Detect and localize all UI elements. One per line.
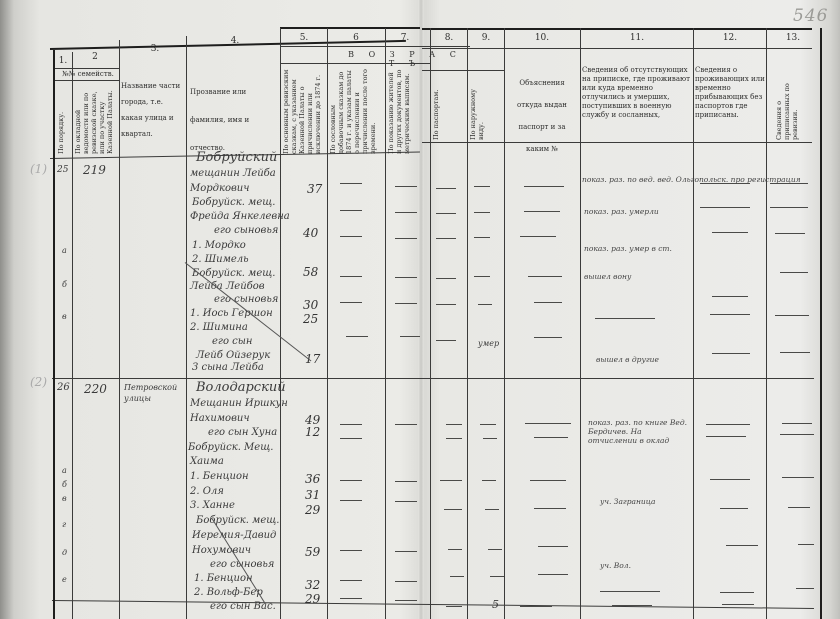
blank-dash: [340, 500, 362, 501]
header-subline: [422, 70, 504, 71]
blank-dash: [700, 207, 750, 208]
age-value: 29: [305, 503, 320, 517]
entry-name-line: 2. Вольф-Бер: [194, 587, 263, 598]
blank-dash: [712, 232, 748, 233]
blank-dash: [524, 211, 560, 212]
blank-dash: [780, 272, 808, 273]
blank-dash: [340, 438, 362, 439]
blank-dash: [436, 278, 456, 279]
entry-name-line: 1. Мордко: [192, 240, 246, 251]
group-label-families: №№ семейств.: [58, 70, 118, 79]
blank-dash: [395, 186, 417, 187]
entry-name-line: мещанин Лейба: [190, 168, 276, 179]
column-number: 2: [80, 52, 110, 62]
entry-name-line: Фрейда Янкелевна: [190, 211, 290, 222]
blank-dash: [340, 424, 362, 425]
blank-dash: [726, 545, 758, 546]
blank-dash: [395, 238, 417, 239]
blank-dash: [710, 314, 750, 315]
entry-name-line: 2. Шимина: [190, 322, 248, 333]
blank-dash: [534, 337, 562, 338]
entry-name-line: 3 сына Лейба: [192, 362, 264, 373]
blank-dash: [446, 606, 462, 607]
absent-note: показ. раз. умерли: [584, 207, 659, 216]
header-age-supplementary: По сословным добавочным сказкам до 1874 …: [329, 66, 383, 154]
entry-order: 26: [57, 382, 70, 393]
age-value: 37: [307, 182, 322, 196]
sub-label: б: [62, 480, 67, 489]
entry-name-line: Лейб Ойзерук: [196, 350, 270, 361]
entry-name-line: Бобруйск. Мещ.: [188, 442, 273, 453]
entry-name-line: его сыновья: [214, 225, 278, 236]
column-number: 1.: [55, 56, 71, 66]
col-line: [280, 28, 281, 619]
blank-dash: [612, 605, 652, 606]
col-line: [53, 50, 55, 619]
blank-dash: [720, 592, 754, 593]
header-bottom-border-right: [422, 142, 812, 143]
column-number: 7.: [393, 33, 417, 43]
blank-dash: [448, 549, 462, 550]
age-value: 25: [303, 312, 318, 326]
margin-mark: (2): [30, 375, 47, 389]
sub-label: в: [62, 494, 67, 503]
blank-dash: [395, 501, 417, 502]
sub-label: в: [62, 312, 67, 321]
blank-dash: [798, 544, 814, 545]
footer-mark: 5: [492, 598, 499, 611]
entry-order: 25: [57, 165, 68, 175]
absent-note: уч. Заграница: [600, 497, 655, 506]
col-line: [327, 28, 328, 619]
age-value: 59: [305, 545, 320, 559]
entry-name-line: 2. Оля: [190, 486, 224, 497]
census-register-page: 546 1. 2 3. 4. 5. 6 7. 8. 9. 10. 11. 12.…: [0, 0, 840, 619]
blank-dash: [712, 353, 750, 354]
col-line: [766, 28, 767, 619]
entry-name-line: его сын: [212, 336, 253, 347]
blank-dash: [595, 318, 655, 319]
blank-dash: [474, 212, 490, 213]
blank-dash: [474, 237, 490, 238]
col-line: [186, 36, 187, 619]
blank-dash: [710, 479, 750, 480]
age-value: 32: [305, 578, 320, 592]
header-subline: [55, 68, 119, 69]
header-order: По порядку.: [57, 84, 69, 154]
col-line: [119, 40, 120, 619]
column-number: 4.: [210, 36, 260, 46]
header-registered: Сведения о приписанных по ревизии.: [775, 58, 805, 140]
header-passport-origin: Объяснения откуда выдан паспорт и за как…: [506, 72, 578, 160]
blank-dash: [400, 336, 420, 337]
sub-label: г: [62, 520, 66, 529]
blank-dash: [474, 276, 490, 277]
blank-dash: [706, 424, 750, 425]
blank-dash: [528, 276, 562, 277]
col-line: [467, 28, 468, 619]
blank-dash: [780, 434, 814, 435]
blank-dash: [446, 424, 462, 425]
blank-dash: [600, 591, 660, 592]
blank-dash: [483, 438, 497, 439]
blank-dash: [395, 303, 417, 304]
blank-dash: [534, 302, 562, 303]
header-without-passport: Сведения о проживающих или временно приб…: [695, 66, 765, 120]
header-street: Название части города, т.е. какая улица …: [121, 78, 185, 142]
entry-name-line: его сын Хуна: [208, 427, 277, 438]
col-line: [430, 28, 431, 619]
sub-label: д: [62, 548, 67, 557]
col-line: [580, 28, 581, 619]
blank-dash: [395, 212, 417, 213]
sub-label: б: [62, 280, 67, 289]
column-number: 3.: [135, 44, 175, 54]
entry-separator: [52, 378, 814, 379]
entry-name-line: Бобруйск. мещ.: [196, 515, 279, 526]
entry-name-line: 2. Шимель: [192, 254, 249, 265]
blank-dash: [770, 183, 808, 184]
column-number: 11.: [622, 33, 652, 43]
blank-dash: [482, 480, 496, 481]
blank-dash: [436, 340, 456, 341]
entry-name-line: Лейба Лейбов: [190, 281, 265, 292]
blank-dash: [706, 436, 746, 437]
column-number: 6: [344, 33, 368, 43]
blank-dash: [346, 336, 368, 337]
entry-street: Петровской улицы: [124, 382, 184, 404]
blank-dash: [525, 423, 571, 424]
blank-dash: [520, 236, 556, 237]
entry-name-line: Нахимович: [190, 413, 250, 424]
blank-dash: [436, 238, 456, 239]
blank-dash: [524, 186, 564, 187]
blank-dash: [538, 574, 568, 575]
blank-dash: [775, 315, 809, 316]
age-value: 40: [303, 226, 318, 240]
blank-dash: [720, 508, 748, 509]
entry-name-line: Хаима: [190, 456, 224, 467]
blank-dash: [395, 481, 417, 482]
col-line: [693, 28, 694, 619]
col-line: [72, 52, 73, 619]
header-by-passport: По паспортам.: [432, 80, 462, 140]
blank-dash: [444, 509, 462, 510]
blank-dash: [340, 210, 362, 211]
entry-name-line: 1. Иось Гершон: [190, 308, 273, 319]
blank-dash: [712, 296, 748, 297]
table-top-border-right: [422, 28, 812, 30]
blank-dash: [340, 276, 362, 277]
blank-dash: [780, 352, 810, 353]
entry-name-line: Бобруйский: [196, 150, 277, 165]
column-number: 5.: [292, 33, 316, 43]
column-number: 8.: [437, 33, 461, 43]
absent-note: уч. Вол.: [600, 561, 631, 570]
blank-dash: [485, 509, 499, 510]
column-number: 10.: [527, 33, 557, 43]
col-line-right: [820, 28, 822, 619]
blank-dash: [782, 423, 812, 424]
blank-dash: [340, 550, 362, 551]
margin-mark: (1): [30, 162, 47, 176]
entry-name-line: Володарский: [196, 380, 286, 395]
blank-dash: [395, 600, 417, 601]
blank-dash: [340, 598, 362, 599]
blank-dash: [782, 477, 814, 478]
entry-name-line: его сыновья: [214, 294, 278, 305]
header-subline: [422, 48, 812, 49]
blank-dash: [395, 551, 417, 552]
blank-dash: [436, 188, 456, 189]
blank-dash: [534, 437, 568, 438]
entry-name-line: 1. Бенцион: [190, 471, 249, 482]
header-age-revision: По основным ревизским сказкам, с указани…: [282, 66, 325, 154]
col-line: [385, 28, 386, 619]
blank-dash: [395, 277, 417, 278]
blank-dash: [538, 546, 568, 547]
header-absent: Сведения об отсутствующих на приписке, г…: [582, 66, 692, 120]
sub-label: а: [62, 246, 67, 255]
header-family-no: По окладной ведомости или по ревизской с…: [74, 84, 116, 154]
entry-name-line: его сын Вас.: [210, 601, 276, 612]
blank-dash: [436, 304, 456, 305]
col-line: [504, 28, 505, 619]
header-age-metric: По показанию жителей и других документов…: [387, 66, 427, 154]
absent-note: вышел в другие: [596, 355, 659, 364]
blank-dash: [488, 549, 502, 550]
age-value: 31: [305, 488, 320, 502]
blank-dash: [440, 480, 462, 481]
blank-dash: [478, 304, 492, 305]
page-number: 546: [793, 6, 828, 26]
header-subline: [280, 46, 470, 47]
age-value: 30: [303, 298, 318, 312]
entry-name-line: 3. Ханне: [190, 500, 235, 511]
blank-dash: [490, 576, 504, 577]
blank-dash: [340, 183, 362, 184]
col9-note: умер: [478, 339, 499, 348]
entry-name-line: 1. Бенцион: [194, 573, 253, 584]
blank-dash: [474, 186, 490, 187]
sub-label: е: [62, 575, 67, 584]
age-value: 12: [305, 425, 320, 439]
entry-family-no: 219: [83, 163, 106, 177]
absent-note: показ. раз. по вед. вед. Ольгопольск. пр…: [582, 175, 801, 184]
entry-name-line: Мордкович: [190, 183, 249, 194]
entry-bottom-line: [52, 600, 814, 609]
blank-dash: [700, 183, 750, 184]
blank-dash: [340, 302, 362, 303]
blank-dash: [520, 606, 552, 607]
header-by-appearance: По наружному виду.: [469, 72, 499, 140]
blank-dash: [796, 588, 814, 589]
entry-name-line: Бобруйск. мещ.: [192, 197, 275, 208]
absent-note: показ. раз. умер в ст.: [584, 244, 672, 253]
blank-dash: [530, 480, 566, 481]
age-value: 29: [305, 592, 320, 606]
blank-dash: [436, 213, 456, 214]
blank-dash: [534, 508, 566, 509]
blank-dash: [340, 580, 362, 581]
blank-dash: [770, 207, 808, 208]
header-subline: [55, 80, 119, 81]
entry-name-line: Мещанин Иршкун: [190, 398, 288, 409]
blank-dash: [450, 576, 464, 577]
blank-dash: [722, 604, 754, 605]
blank-dash: [480, 424, 496, 425]
column-number: 13.: [778, 33, 808, 43]
column-number: 9.: [474, 33, 498, 43]
entry-family-no: 220: [84, 382, 107, 396]
blank-dash: [395, 581, 417, 582]
sub-label: а: [62, 466, 67, 475]
blank-dash: [775, 233, 805, 234]
blank-dash: [395, 424, 417, 425]
column-number: 12.: [715, 33, 745, 43]
absent-note: вышел вону: [584, 272, 631, 281]
blank-dash: [446, 438, 462, 439]
blank-dash: [340, 236, 362, 237]
entry-name-line: Иеремия-Давид: [192, 530, 276, 541]
absent-note: показ. раз. по книге Вед. Бердичев. На о…: [588, 418, 688, 445]
entry-name-line: Нохумович: [192, 545, 251, 556]
blank-dash: [340, 480, 362, 481]
age-value: 58: [303, 265, 318, 279]
blank-dash: [788, 507, 810, 508]
table-top-border-mid: [280, 27, 420, 29]
age-value: 36: [305, 472, 320, 486]
